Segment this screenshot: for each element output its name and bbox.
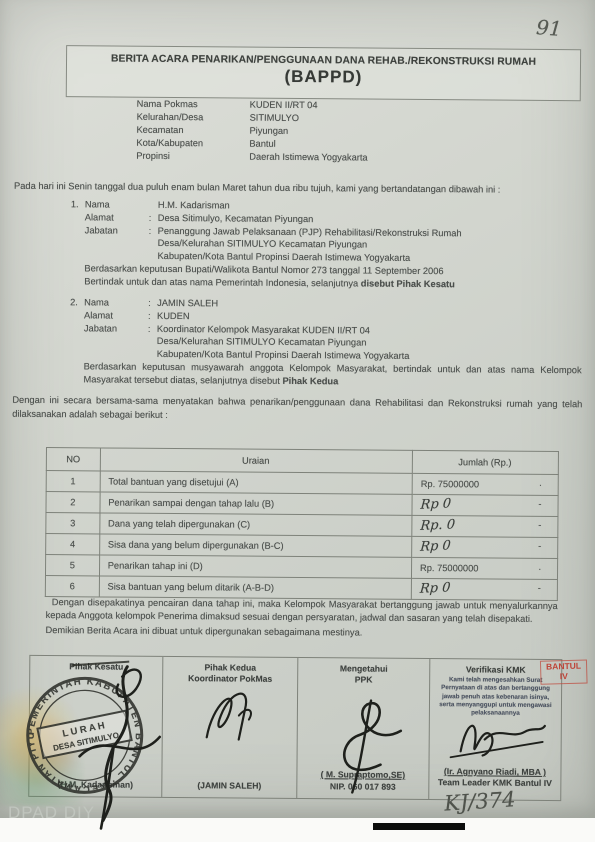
colon: : bbox=[149, 212, 158, 225]
field-label: Alamat bbox=[85, 211, 149, 224]
info-label: Propinsi bbox=[136, 150, 249, 164]
amount-mark: . bbox=[538, 562, 541, 572]
field-label: Nama bbox=[85, 198, 149, 211]
info-value: Piyungan bbox=[249, 125, 288, 138]
handwritten-page-number: 91 bbox=[535, 15, 562, 41]
info-value: SITIMULYO bbox=[250, 112, 300, 125]
row-jumlah: Rp 0- bbox=[412, 536, 558, 558]
signatory-name: (JAMIN SALEH) bbox=[162, 780, 296, 792]
row-no: 2 bbox=[46, 492, 100, 513]
amount-mark: - bbox=[538, 583, 541, 593]
field-label: Jabatan bbox=[84, 322, 148, 335]
colon: : bbox=[148, 322, 157, 335]
row-jumlah: Rp. 0- bbox=[412, 515, 558, 537]
red-stamp-line2: IV bbox=[546, 671, 581, 682]
redaction-bar bbox=[373, 823, 465, 830]
row-jumlah: Rp 0- bbox=[411, 578, 557, 600]
info-label: Kota/Kabupaten bbox=[136, 137, 249, 151]
spacer bbox=[148, 348, 157, 361]
spacer bbox=[148, 335, 157, 348]
party1-acting-bold: disebut Pihak Kesatu bbox=[361, 278, 455, 289]
opening-paragraph: Pada hari ini Senin tanggal dua puluh en… bbox=[14, 181, 584, 195]
amount-handwritten: Rp. 0 bbox=[420, 517, 456, 534]
party2-block: 2. Nama:JAMIN SALEH Alamat:KUDEN Jabatan… bbox=[69, 296, 582, 390]
field-label: Alamat bbox=[84, 309, 148, 322]
amount-handwritten: Rp 0 bbox=[420, 496, 452, 512]
party2-number: 2. bbox=[70, 296, 78, 309]
header-no: NO bbox=[46, 448, 100, 471]
spacer bbox=[84, 348, 148, 361]
amount-typed: Rp. 75000000 bbox=[421, 479, 479, 489]
row-no: 1 bbox=[46, 471, 100, 492]
bantul-iv-red-stamp: BANTUL IV bbox=[540, 659, 588, 684]
handwritten-archive-code: KJ/374 bbox=[444, 787, 517, 815]
amount-typed: Rp. 75000000 bbox=[420, 563, 478, 573]
spacer bbox=[84, 250, 148, 263]
amount-handwritten: Rp 0 bbox=[419, 580, 451, 596]
row-jumlah: Rp. 75000000. bbox=[412, 473, 558, 495]
party2-basis-bold: Pihak Kedua bbox=[282, 376, 338, 386]
document-title-box: BERITA ACARA PENARIKAN/PENGGUNAAN DANA R… bbox=[66, 45, 581, 101]
info-value: Bantul bbox=[249, 138, 275, 151]
info-label: Nama Pokmas bbox=[137, 98, 250, 112]
row-no: 5 bbox=[45, 555, 99, 576]
row-uraian: Penarikan tahap ini (D) bbox=[99, 555, 411, 578]
info-row: PropinsiDaerah Istimewa Yogyakarta bbox=[136, 150, 367, 165]
header-uraian: Uraian bbox=[100, 448, 413, 473]
info-value: KUDEN II/RT 04 bbox=[250, 99, 318, 113]
pokmas-info-block: Nama PokmasKUDEN II/RT 04 Kelurahan/Desa… bbox=[136, 98, 368, 165]
party1-acting-text: Bertindak untuk dan atas nama Pemerintah… bbox=[84, 276, 361, 288]
amount-mark: - bbox=[538, 541, 541, 551]
field-label: Jabatan bbox=[85, 224, 149, 237]
signature-jamin-saleh-icon bbox=[197, 681, 278, 754]
field-label: Nama bbox=[84, 296, 148, 309]
signature-subtitle: PPK bbox=[298, 674, 429, 686]
closing-paragraph1: Dengan disepakatinya pencairan dana taha… bbox=[46, 596, 558, 626]
colon bbox=[149, 199, 158, 212]
info-label: Kelurahan/Desa bbox=[137, 111, 250, 125]
signatory-role: Team Leader KMK Bantul IV bbox=[429, 777, 560, 789]
signature-agnyano-riadi-icon bbox=[444, 709, 554, 770]
row-uraian: Penarikan sampai dengan tahap lalu (B) bbox=[100, 492, 412, 515]
row-uraian: Dana yang telah dipergunakan (C) bbox=[99, 513, 411, 536]
party1-acting: Bertindak untuk dan atas nama Pemerintah… bbox=[84, 275, 582, 292]
scanned-document-page: 91 BERITA ACARA PENARIKAN/PENGGUNAAN DAN… bbox=[0, 0, 595, 842]
party1-block: 1. NamaH.M. Kadarisman Alamat:Desa Sitim… bbox=[70, 198, 583, 292]
closing-paragraph2: Demikian Berita Acara ini dibuat untuk d… bbox=[46, 624, 558, 641]
colon: : bbox=[148, 310, 157, 323]
amount-handwritten: Rp 0 bbox=[420, 538, 452, 554]
dpad-diy-watermark: DPAD DIY bbox=[8, 803, 95, 823]
spacer bbox=[149, 237, 158, 250]
amount-mark: - bbox=[538, 499, 541, 509]
row-uraian: Total bantuan yang disetujui (A) bbox=[100, 471, 412, 494]
statement-paragraph: Dengan ini secara bersama-sama menyataka… bbox=[12, 394, 582, 425]
colon: : bbox=[149, 224, 158, 237]
colon: : bbox=[148, 297, 157, 310]
party1-number: 1. bbox=[71, 198, 79, 211]
signature-supraptomo-icon bbox=[318, 692, 419, 797]
document-content: 91 BERITA ACARA PENARIKAN/PENGGUNAAN DAN… bbox=[0, 0, 595, 842]
header-jumlah: Jumlah (Rp.) bbox=[412, 450, 558, 474]
spacer bbox=[85, 237, 149, 250]
row-jumlah: Rp 0- bbox=[412, 494, 558, 516]
row-no: 4 bbox=[46, 534, 100, 555]
row-no: 6 bbox=[45, 576, 99, 597]
row-jumlah: Rp. 75000000. bbox=[411, 557, 557, 579]
fund-table: NO Uraian Jumlah (Rp.) 1 Total bantuan y… bbox=[45, 447, 559, 601]
row-uraian: Sisa dana yang belum dipergunakan (B-C) bbox=[99, 534, 411, 557]
amount-mark: . bbox=[539, 478, 542, 488]
row-no: 3 bbox=[46, 513, 100, 534]
amount-mark: - bbox=[538, 520, 541, 530]
document-title-abbreviation: (BAPPD) bbox=[67, 65, 580, 89]
spacer bbox=[148, 250, 157, 263]
info-value: Daerah Istimewa Yogyakarta bbox=[249, 151, 367, 165]
party2-basis: Berdasarkan keputusan musyawarah anggota… bbox=[83, 360, 581, 390]
closing-block: Dengan disepakatinya pencairan dana taha… bbox=[46, 596, 558, 640]
info-label: Kecamatan bbox=[136, 124, 249, 138]
spacer bbox=[84, 335, 148, 348]
